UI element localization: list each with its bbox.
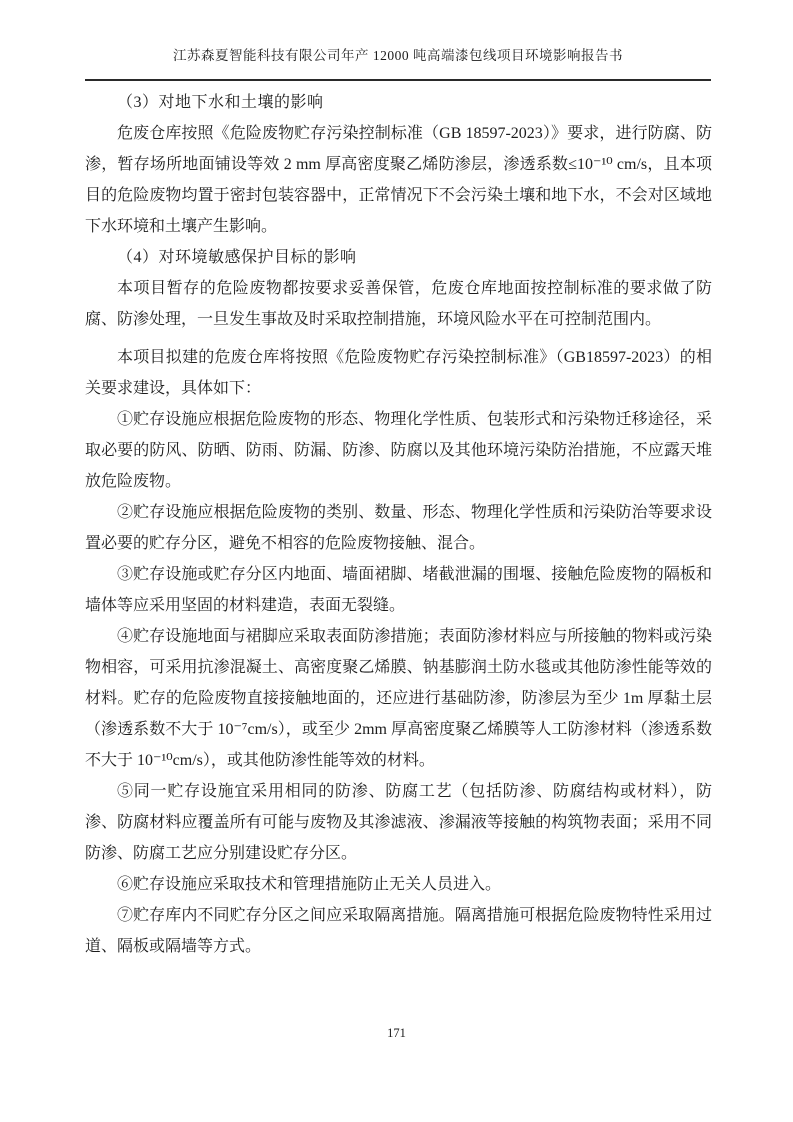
- header-divider: [85, 79, 711, 81]
- section-heading-groundwater-soil-impact: （3）对地下水和土壤的影响: [85, 87, 712, 118]
- paragraph-warehouse-construction-intro: 本项目拟建的危废仓库将按照《危险废物贮存污染控制标准》（GB18597-2023…: [85, 342, 712, 404]
- section-heading-sensitive-target-impact: （4）对环境敏感保护目标的影响: [85, 242, 712, 273]
- page-header-title: 江苏森夏智能科技有限公司年产 12000 吨高端漆包线项目环境影响报告书: [85, 47, 711, 65]
- paragraph-requirement-5: ⑤同一贮存设施宜采用相同的防渗、防腐工艺（包括防渗、防腐结构或材料），防渗、防腐…: [85, 776, 712, 869]
- page-body: （3）对地下水和土壤的影响 危废仓库按照《危险废物贮存污染控制标准（GB 185…: [85, 87, 712, 962]
- paragraph-risk-control: 本项目暂存的危险废物都按要求妥善保管，危废仓库地面按控制标准的要求做了防腐、防渗…: [85, 273, 712, 335]
- paragraph-requirement-2: ②贮存设施应根据危险废物的类别、数量、形态、物理化学性质和污染防治等要求设置必要…: [85, 497, 712, 559]
- paragraph-requirement-3: ③贮存设施或贮存分区内地面、墙面裙脚、堵截泄漏的围堰、接触危险废物的隔板和墙体等…: [85, 559, 712, 621]
- paragraph-requirement-7: ⑦贮存库内不同贮存分区之间应采取隔离措施。隔离措施可根据危险废物特性采用过道、隔…: [85, 900, 712, 962]
- paragraph-requirement-6: ⑥贮存设施应采取技术和管理措施防止无关人员进入。: [85, 869, 712, 900]
- report-page: 江苏森夏智能科技有限公司年产 12000 吨高端漆包线项目环境影响报告书 （3）…: [0, 0, 793, 1122]
- paragraph-requirement-4: ④贮存设施地面与裙脚应采取表面防渗措施；表面防渗材料应与所接触的物料或污染物相容…: [85, 621, 712, 776]
- paragraph-requirement-1: ①贮存设施应根据危险废物的形态、物理化学性质、包装形式和污染物迁移途径，采取必要…: [85, 404, 712, 497]
- paragraph-hazwaste-warehouse-standard: 危废仓库按照《危险废物贮存污染控制标准（GB 18597-2023）》要求，进行…: [85, 118, 712, 242]
- page-number: 171: [0, 1026, 793, 1041]
